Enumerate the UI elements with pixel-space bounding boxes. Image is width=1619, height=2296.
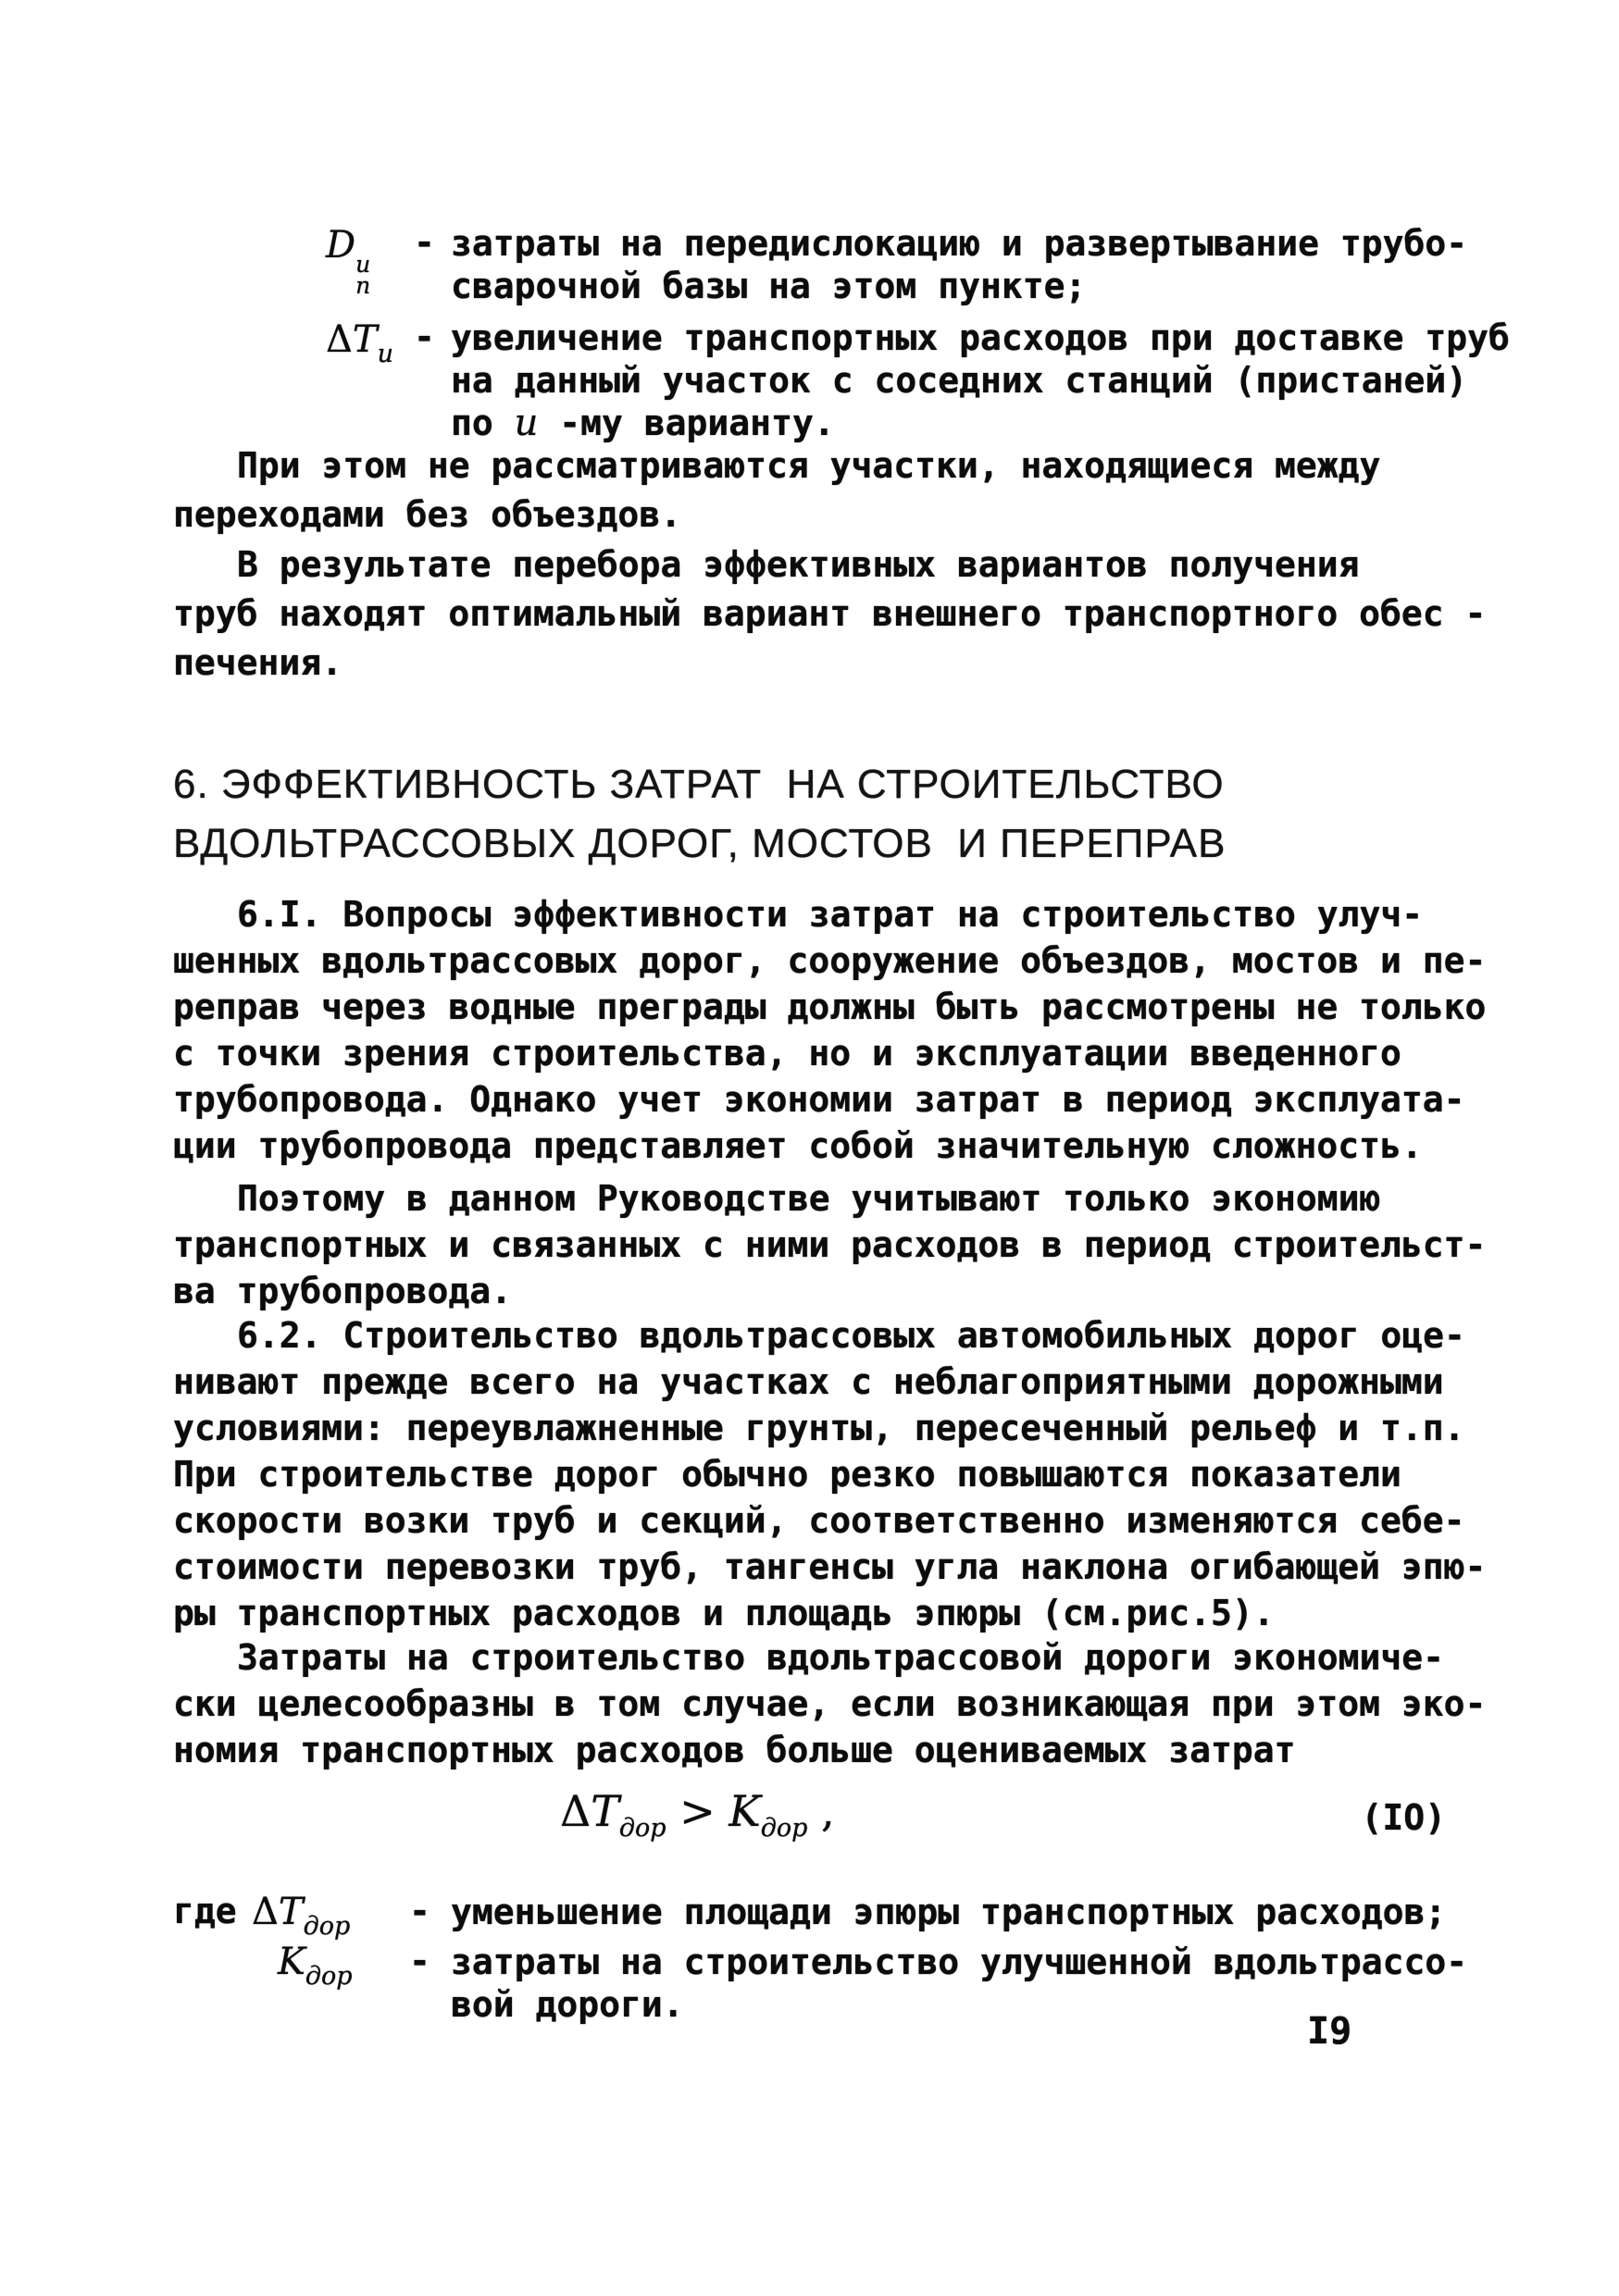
- symbol-subscript: и: [378, 340, 393, 368]
- paragraph: Затраты на строительство вдольтрассовой …: [173, 1634, 1511, 1773]
- text-line: с точки зрения строительства, но и экспл…: [173, 1030, 1511, 1076]
- definition-dash: -: [409, 1891, 451, 1931]
- symbol-subscript: п: [355, 275, 370, 296]
- definition-text: уменьшение площади эпюры транспортных ра…: [451, 1891, 1506, 1933]
- definition-text: увеличение транспортных расходов при дос…: [451, 316, 1511, 444]
- where-label: где: [173, 1891, 252, 1931]
- text-line: трубопровода. Однако учет экономии затра…: [173, 1076, 1511, 1123]
- section-heading-line: ВДОЛЬТРАССОВЫХ ДОРОГ, МОСТОВ И ПЕРЕПРАВ: [173, 814, 1506, 874]
- section-heading-line: 6. ЭФФЕКТИВНОСТЬ ЗАТРАТ НА СТРОИТЕЛЬСТВО: [173, 755, 1506, 814]
- where-definitions: где ΔTдор - уменьшение площади эпюры тра…: [173, 1891, 1506, 2026]
- text-line: стоимости перевозки труб, тангенсы угла …: [173, 1544, 1511, 1590]
- definition-dash: -: [409, 1941, 451, 1981]
- definition-term: где ΔTдор - уменьшение площади эпюры тра…: [173, 1891, 1506, 1941]
- symbol-delta-T-dor: ΔTдор: [252, 1891, 409, 1941]
- paragraph: В результате перебора эффективных вариан…: [173, 540, 1515, 688]
- text-line: уменьшение площади эпюры транспортных ра…: [451, 1891, 1506, 1933]
- text-line: В результате перебора эффективных вариан…: [173, 540, 1515, 590]
- definition-term: Dип - затраты на передислокацию и развер…: [326, 222, 1511, 307]
- text-line: по и -му варианту.: [451, 402, 1511, 444]
- text-line: труб находят оптимальный вариант внешнег…: [173, 590, 1515, 639]
- text-line: условиями: переувлажненные грунты, перес…: [173, 1405, 1511, 1451]
- text-line: реправ через водные преграды должны быть…: [173, 984, 1511, 1030]
- paragraph-6-2: 6.2. Строительство вдольтрассовых автомо…: [173, 1312, 1511, 1636]
- text-line: затраты на передислокацию и развертывани…: [451, 222, 1511, 265]
- definition-term: ΔTи - увеличение транспортных расходов п…: [326, 316, 1511, 444]
- text-line: ски целесообразны в том случае, если воз…: [173, 1681, 1511, 1727]
- text-line: Поэтому в данном Руководстве учитывают т…: [173, 1175, 1511, 1222]
- definition-dash: -: [414, 316, 451, 357]
- text-line: сварочной базы на этом пункте;: [451, 265, 1511, 307]
- text-line: нивают прежде всего на участках с неблаг…: [173, 1359, 1511, 1405]
- text-line: номия транспортных расходов больше оцени…: [173, 1727, 1511, 1773]
- paragraph: При этом не рассматриваются участки, нах…: [173, 441, 1506, 540]
- text-line: затраты на строительство улучшенной вдол…: [451, 1941, 1506, 1983]
- text-line: ции трубопровода представляет собой знач…: [173, 1123, 1511, 1169]
- text-line: При строительстве дорог обычно резко пов…: [173, 1451, 1511, 1497]
- variant-variable: и: [515, 402, 539, 444]
- page-number: I9: [1307, 2010, 1351, 2053]
- symbol-delta-T-u: ΔTи: [326, 316, 414, 368]
- definition-term: Kдор - затраты на строительство улучшенн…: [173, 1941, 1506, 2026]
- section-heading: 6. ЭФФЕКТИВНОСТЬ ЗАТРАТ НА СТРОИТЕЛЬСТВО…: [173, 755, 1506, 874]
- text-line: скорости возки труб и секций, соответств…: [173, 1497, 1511, 1544]
- text-line: 6.I. Вопросы эффективности затрат на стр…: [173, 891, 1511, 937]
- text-line: Затраты на строительство вдольтрассовой …: [173, 1634, 1511, 1681]
- symbol-K-dor: Kдор: [252, 1941, 409, 1991]
- text-line: на данный участок с соседних станций (пр…: [451, 359, 1511, 402]
- scanned-document-page: { "definitions": { "d1": { "symbol": {"b…: [0, 0, 1619, 2296]
- text-line: транспортных и связанных с ними расходов…: [173, 1222, 1511, 1268]
- paragraph: Поэтому в данном Руководстве учитывают т…: [173, 1175, 1511, 1314]
- text-line: ва трубопровода.: [173, 1268, 1511, 1314]
- symbol-D-pn: Dип: [326, 222, 414, 296]
- text-line: При этом не рассматриваются участки, нах…: [173, 441, 1506, 490]
- text-line: 6.2. Строительство вдольтрассовых автомо…: [173, 1312, 1511, 1359]
- text-line: печения.: [173, 639, 1515, 688]
- definition-dash: -: [414, 222, 451, 263]
- definition-text: затраты на передислокацию и развертывани…: [451, 222, 1511, 307]
- formula-10: ΔTдор > Kдор , (IO): [173, 1786, 1490, 1860]
- text-line: увеличение транспортных расходов при дос…: [451, 316, 1511, 359]
- text-line: ры транспортных расходов и площадь эпюры…: [173, 1590, 1511, 1636]
- symbol-definitions-list: Dип - затраты на передислокацию и развер…: [326, 222, 1511, 444]
- text-line: переходами без объездов.: [173, 490, 1506, 540]
- formula-expression: ΔTдор > Kдор ,: [560, 1786, 835, 1843]
- paragraph-6-1: 6.I. Вопросы эффективности затрат на стр…: [173, 891, 1511, 1169]
- formula-number: (IO): [1361, 1797, 1446, 1838]
- text-line: шенных вдольтрассовых дорог, сооружение …: [173, 937, 1511, 984]
